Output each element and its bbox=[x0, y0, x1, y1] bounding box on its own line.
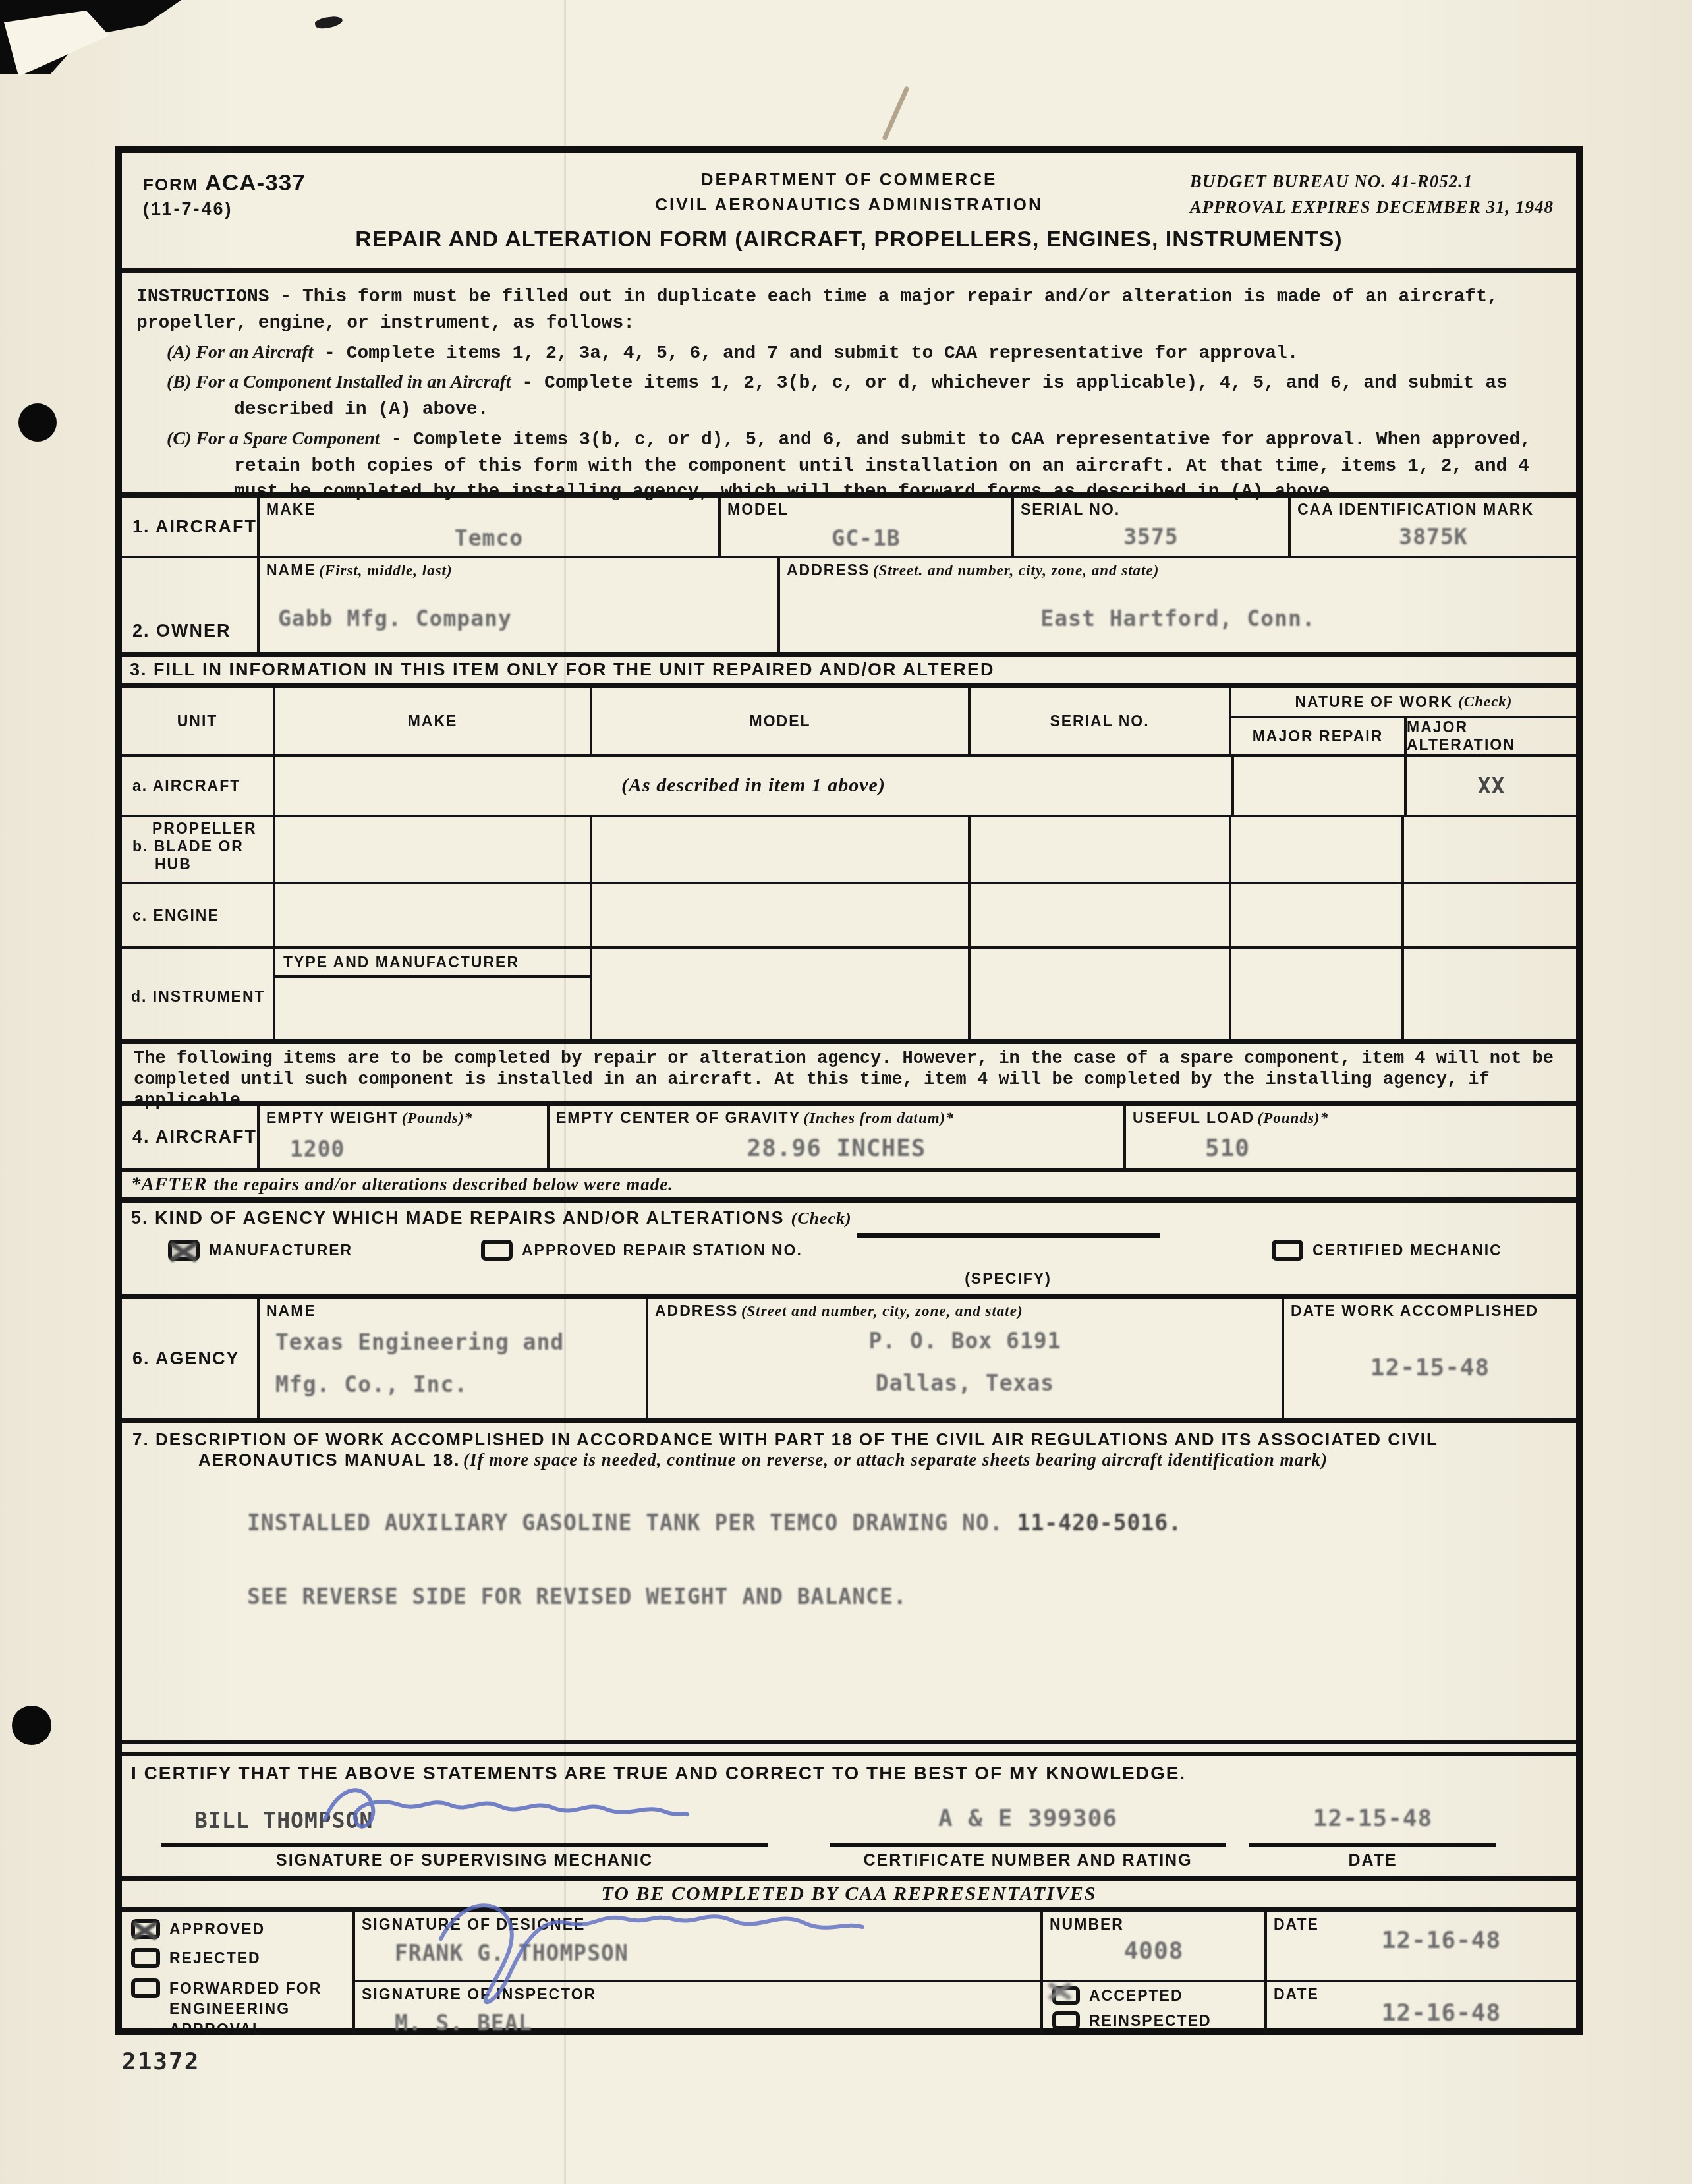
item3-header-row: UNIT MAKE MODEL SERIAL NO. NATURE OF WOR… bbox=[122, 688, 1576, 754]
caa-mark-cell: CAA IDENTIFICATION MARK 3875K bbox=[1288, 498, 1576, 556]
cg-hint: (Inches from datum)* bbox=[803, 1110, 953, 1126]
repair-station-option: APPROVED REPAIR STATION NO. bbox=[481, 1240, 803, 1261]
accepted-label: ACCEPTED bbox=[1089, 1987, 1183, 2005]
caa-right-area: SIGNATURE OF DESIGNEE FRANK G. THOMPSON … bbox=[352, 1912, 1576, 2034]
owner-address-label-text: ADDRESS bbox=[787, 561, 870, 579]
agency-name-label: NAME bbox=[266, 1302, 316, 1320]
x-mark-icon bbox=[172, 1244, 196, 1257]
punch-hole bbox=[18, 403, 57, 442]
double-rule bbox=[122, 1752, 1576, 1756]
reinspected-label: REINSPECTED bbox=[1089, 2012, 1212, 2030]
item2-owner-row: 2. OWNER NAME (First, middle, last) Gabb… bbox=[122, 556, 1576, 652]
work-description-line1: INSTALLED AUXILIARY GASOLINE TANK PER TE… bbox=[247, 1510, 1182, 1536]
agency-name-cell: NAME Texas Engineering and Mfg. Co., Inc… bbox=[257, 1299, 646, 1418]
aca-337-form: FORM ACA-337 (11-7-46) DEPARTMENT OF COM… bbox=[115, 146, 1583, 2035]
item3-row-aircraft: a. AIRCRAFT (As described in item 1 abov… bbox=[122, 754, 1576, 815]
designee-row: SIGNATURE OF DESIGNEE FRANK G. THOMPSON … bbox=[355, 1912, 1576, 1980]
certify-date-value: 12-15-48 bbox=[1249, 1805, 1496, 1832]
designee-signature-ink bbox=[434, 1887, 869, 2013]
row-b-line3: HUB bbox=[132, 855, 273, 873]
owner-address-hint: (Street. and number, city, zone, and sta… bbox=[873, 562, 1159, 579]
approved-label: APPROVED bbox=[169, 1920, 265, 1938]
inspector-date-cell: DATE 12-16-48 bbox=[1264, 1982, 1576, 2034]
page-serial-number: 21372 bbox=[122, 2048, 200, 2075]
form-title: REPAIR AND ALTERATION FORM (AIRCRAFT, PR… bbox=[122, 227, 1576, 252]
owner-name-value: Gabb Mfg. Company bbox=[278, 606, 512, 631]
punch-hole bbox=[12, 1706, 51, 1745]
item3-title: 3. FILL IN INFORMATION IN THIS ITEM ONLY… bbox=[130, 660, 995, 680]
aircraft-serial-value: 3575 bbox=[1014, 524, 1288, 550]
forwarded-option: FORWARDED FOR ENGINEERING APPROVAL bbox=[131, 1978, 352, 2040]
owner-name-label: NAME (First, middle, last) bbox=[266, 561, 453, 579]
item3-table: UNIT MAKE MODEL SERIAL NO. NATURE OF WOR… bbox=[122, 683, 1576, 1039]
work-description-line1-text: INSTALLED AUXILIARY GASOLINE TANK PER TE… bbox=[247, 1510, 1003, 1536]
rejected-label: REJECTED bbox=[169, 1949, 261, 1967]
designee-signature-cell: SIGNATURE OF DESIGNEE FRANK G. THOMPSON bbox=[355, 1912, 1040, 1980]
item1-label: 1. AIRCRAFT bbox=[132, 517, 257, 537]
item5-title-hint: (Check) bbox=[791, 1209, 852, 1228]
x-mark-icon bbox=[1051, 1984, 1071, 1995]
mechanic-signature-ink bbox=[320, 1779, 689, 1851]
useful-load-label-text: USEFUL LOAD bbox=[1133, 1109, 1255, 1126]
date-work-cell: DATE WORK ACCOMPLISHED 12-15-48 bbox=[1282, 1299, 1576, 1418]
aircraft-model-value: GC-1B bbox=[721, 525, 1011, 551]
item1-aircraft-row: 1. AIRCRAFT MAKE Temco MODEL GC-1B SERIA… bbox=[122, 492, 1576, 556]
item3-row-engine: c. ENGINE bbox=[122, 882, 1576, 946]
agency-note: The following items are to be completed … bbox=[122, 1039, 1576, 1101]
scan-smudge bbox=[882, 86, 909, 140]
cg-value: 28.96 INCHES bbox=[550, 1135, 1123, 1162]
inspector-typed-name: M. S. BEAL bbox=[395, 2010, 532, 2036]
accepted-option: ACCEPTED bbox=[1052, 1986, 1264, 2005]
scan-smudge bbox=[314, 14, 343, 30]
empty-weight-hint: (Pounds)* bbox=[402, 1110, 472, 1126]
forwarded-line1: FORWARDED FOR bbox=[169, 1978, 322, 1999]
manufacturer-option: MANUFACTURER bbox=[168, 1240, 352, 1261]
caa-decision-column: APPROVED REJECTED FORWARDED FOR ENGINEER… bbox=[122, 1912, 352, 2034]
number-value: 4008 bbox=[1043, 1938, 1264, 1965]
agency-address-hint: (Street and number, city, zone, and stat… bbox=[741, 1303, 1023, 1319]
row-a-note: (As described in item 1 above) bbox=[621, 774, 886, 797]
col-unit: UNIT bbox=[177, 712, 218, 730]
col-serial: SERIAL NO. bbox=[1050, 712, 1149, 730]
row-a-major-alteration-cell: XX bbox=[1404, 757, 1576, 815]
instruction-c-lead: (C) For a Spare Component bbox=[167, 428, 380, 449]
scanned-document-page: FORM ACA-337 (11-7-46) DEPARTMENT OF COM… bbox=[0, 0, 1692, 2184]
owner-address-label: ADDRESS (Street. and number, city, zone,… bbox=[787, 561, 1159, 579]
certification-section: I CERTIFY THAT THE ABOVE STATEMENTS ARE … bbox=[122, 1740, 1576, 1876]
nature-of-work-header: NATURE OF WORK (Check) MAJOR REPAIR MAJO… bbox=[1229, 688, 1576, 754]
useful-load-value: 510 bbox=[1205, 1135, 1250, 1162]
instruction-a-lead: (A) For an Aircraft bbox=[167, 342, 313, 362]
model-label: MODEL bbox=[727, 501, 789, 519]
useful-load-hint: (Pounds)* bbox=[1258, 1110, 1328, 1126]
agency-address-cell: ADDRESS (Street and number, city, zone, … bbox=[646, 1299, 1282, 1418]
rejected-option: REJECTED bbox=[131, 1948, 352, 1968]
budget-line2: APPROVAL EXPIRES DECEMBER 31, 1948 bbox=[1190, 194, 1554, 220]
col-nature: NATURE OF WORK bbox=[1295, 693, 1453, 711]
inspector-result-cell: ACCEPTED REINSPECTED bbox=[1040, 1982, 1264, 2034]
empty-weight-label: EMPTY WEIGHT (Pounds)* bbox=[266, 1109, 472, 1127]
reinspected-checkbox bbox=[1052, 2011, 1080, 2030]
repair-station-number-line bbox=[857, 1233, 1160, 1238]
manufacturer-checkbox bbox=[168, 1240, 200, 1261]
aircraft-make-cell: MAKE Temco bbox=[257, 498, 718, 556]
forwarded-line2: ENGINEERING bbox=[169, 1999, 322, 2019]
empty-weight-label-text: EMPTY WEIGHT bbox=[266, 1109, 399, 1126]
after-footnote-lead: *AFTER bbox=[131, 1174, 208, 1195]
certified-mechanic-label: CERTIFIED MECHANIC bbox=[1312, 1242, 1502, 1259]
certify-date-label: DATE bbox=[1249, 1851, 1496, 1870]
approved-option: APPROVED bbox=[131, 1919, 352, 1939]
agency-address-label: ADDRESS (Street and number, city, zone, … bbox=[655, 1302, 1023, 1320]
aircraft-model-cell: MODEL GC-1B bbox=[718, 498, 1011, 556]
item7-description: 7. DESCRIPTION OF WORK ACCOMPLISHED IN A… bbox=[122, 1418, 1576, 1740]
serial-label: SERIAL NO. bbox=[1021, 501, 1120, 519]
manufacturer-label: MANUFACTURER bbox=[209, 1242, 352, 1259]
owner-address-cell: ADDRESS (Street. and number, city, zone,… bbox=[777, 558, 1576, 652]
owner-name-cell: NAME (First, middle, last) Gabb Mfg. Com… bbox=[257, 558, 777, 652]
forwarded-line3: APPROVAL bbox=[169, 2019, 322, 2040]
designee-number-cell: NUMBER 4008 bbox=[1040, 1912, 1264, 1980]
drawing-number: 11-420-5016. bbox=[1017, 1510, 1182, 1536]
certificate-number-line bbox=[830, 1843, 1226, 1847]
work-description-line2: SEE REVERSE SIDE FOR REVISED WEIGHT AND … bbox=[247, 1584, 907, 1609]
caa-section: TO BE COMPLETED BY CAA REPRESENTATIVES A… bbox=[122, 1876, 1576, 2028]
empty-weight-cell: EMPTY WEIGHT (Pounds)* 1200 bbox=[257, 1106, 547, 1168]
item6-agency-row: 6. AGENCY NAME Texas Engineering and Mfg… bbox=[122, 1294, 1576, 1418]
x-mark-icon bbox=[135, 1923, 156, 1935]
row-d-sub-label: TYPE AND MANUFACTURER bbox=[283, 954, 519, 971]
aircraft-make-value: Temco bbox=[260, 525, 718, 551]
after-footnote: *AFTER the repairs and/or alterations de… bbox=[122, 1168, 1576, 1197]
aircraft-serial-cell: SERIAL NO. 3575 bbox=[1011, 498, 1288, 556]
owner-name-hint: (First, middle, last) bbox=[319, 562, 452, 579]
certify-date-line bbox=[1249, 1843, 1496, 1847]
certified-mechanic-option: CERTIFIED MECHANIC bbox=[1272, 1240, 1502, 1261]
date-work-value: 12-15-48 bbox=[1284, 1354, 1576, 1381]
row-c-label: c. ENGINE bbox=[132, 907, 219, 925]
cg-label-text: EMPTY CENTER OF GRAVITY bbox=[556, 1109, 801, 1126]
mechanic-signature-line bbox=[161, 1843, 768, 1847]
col-major-repair: MAJOR REPAIR bbox=[1253, 728, 1384, 745]
agency-address-label-text: ADDRESS bbox=[655, 1302, 738, 1319]
caa-table: APPROVED REJECTED FORWARDED FOR ENGINEER… bbox=[122, 1907, 1576, 2034]
make-label: MAKE bbox=[266, 501, 316, 519]
item3-title-bar: 3. FILL IN INFORMATION IN THIS ITEM ONLY… bbox=[122, 652, 1576, 683]
agency-name-line2: Mfg. Co., Inc. bbox=[275, 1371, 468, 1397]
item3-row-propeller: PROPELLER b. BLADE OR HUB bbox=[122, 815, 1576, 882]
row-a-major-repair-cell bbox=[1231, 757, 1404, 815]
mechanic-signature-label: SIGNATURE OF SUPERVISING MECHANIC bbox=[161, 1851, 768, 1870]
row-b-line2: b. BLADE OR bbox=[132, 838, 273, 855]
item5-title: 5. KIND OF AGENCY WHICH MADE REPAIRS AND… bbox=[131, 1208, 785, 1228]
owner-name-label-text: NAME bbox=[266, 561, 316, 579]
instruction-a: (A) For an Aircraft - Complete items 1, … bbox=[167, 341, 1562, 367]
agency-address-line2: Dallas, Texas bbox=[648, 1370, 1282, 1396]
col-model: MODEL bbox=[749, 712, 810, 730]
col-nature-hint: (Check) bbox=[1458, 693, 1512, 710]
agency-name-line1: Texas Engineering and bbox=[275, 1329, 564, 1355]
designee-date-cell: DATE 12-16-48 bbox=[1264, 1912, 1576, 1980]
certified-mechanic-checkbox bbox=[1272, 1240, 1303, 1261]
form-header: FORM ACA-337 (11-7-46) DEPARTMENT OF COM… bbox=[122, 153, 1576, 268]
accepted-checkbox bbox=[1052, 1986, 1080, 2005]
item6-label: 6. AGENCY bbox=[132, 1348, 240, 1369]
repair-station-checkbox bbox=[481, 1240, 513, 1261]
specify-label: (SPECIFY) bbox=[857, 1270, 1160, 1288]
row-b-line1: PROPELLER bbox=[132, 820, 273, 838]
certificate-number-value: A & E 399306 bbox=[830, 1805, 1226, 1832]
row-a-label: a. AIRCRAFT bbox=[132, 777, 240, 795]
item5-agency-kind: 5. KIND OF AGENCY WHICH MADE REPAIRS AND… bbox=[122, 1197, 1576, 1294]
reinspected-option: REINSPECTED bbox=[1052, 2011, 1264, 2030]
certificate-number-label: CERTIFICATE NUMBER AND RATING bbox=[830, 1851, 1226, 1870]
row-d-label: d. INSTRUMENT bbox=[131, 988, 266, 1006]
instruction-b: (B) For a Component Installed in an Airc… bbox=[167, 370, 1562, 423]
item3-row-instrument: d. INSTRUMENT TYPE AND MANUFACTURER bbox=[122, 946, 1576, 1044]
budget-line1: BUDGET BUREAU NO. 41-R052.1 bbox=[1190, 169, 1554, 194]
repair-station-label: APPROVED REPAIR STATION NO. bbox=[522, 1242, 803, 1259]
col-major-alteration: MAJOR ALTERATION bbox=[1407, 718, 1576, 754]
cg-label: EMPTY CENTER OF GRAVITY (Inches from dat… bbox=[556, 1109, 954, 1127]
approved-checkbox bbox=[131, 1919, 160, 1939]
budget-bureau-note: BUDGET BUREAU NO. 41-R052.1 APPROVAL EXP… bbox=[1190, 169, 1554, 220]
item7-heading-hint: (If more space is needed, continue on re… bbox=[463, 1450, 1328, 1470]
date-work-label: DATE WORK ACCOMPLISHED bbox=[1291, 1302, 1538, 1320]
forwarded-checkbox bbox=[131, 1978, 160, 1998]
inspector-date-value: 12-16-48 bbox=[1307, 1999, 1576, 2026]
instruction-a-text: - Complete items 1, 2, 3a, 4, 5, 6, and … bbox=[324, 343, 1299, 364]
useful-load-cell: USEFUL LOAD (Pounds)* 510 bbox=[1123, 1106, 1576, 1168]
row-a-alteration-mark: XX bbox=[1478, 773, 1506, 799]
after-footnote-text: the repairs and/or alterations described… bbox=[214, 1174, 674, 1195]
instructions-section: INSTRUCTIONS - This form must be filled … bbox=[122, 268, 1576, 492]
cg-cell: EMPTY CENTER OF GRAVITY (Inches from dat… bbox=[547, 1106, 1123, 1168]
owner-address-value: East Hartford, Conn. bbox=[780, 606, 1576, 631]
caa-mark-label: CAA IDENTIFICATION MARK bbox=[1297, 501, 1534, 519]
instruction-b-lead: (B) For a Component Installed in an Airc… bbox=[167, 372, 511, 392]
designee-date-value: 12-16-48 bbox=[1307, 1927, 1576, 1954]
agency-address-line1: P. O. Box 6191 bbox=[648, 1328, 1282, 1354]
item4-label: 4. AIRCRAFT bbox=[132, 1127, 257, 1147]
number-label: NUMBER bbox=[1050, 1916, 1124, 1934]
caa-mark-value: 3875K bbox=[1291, 524, 1576, 550]
instructions-intro: INSTRUCTIONS - This form must be filled … bbox=[136, 284, 1562, 337]
item2-label: 2. OWNER bbox=[132, 621, 231, 641]
col-make: MAKE bbox=[408, 712, 458, 730]
item4-aircraft-row: 4. AIRCRAFT EMPTY WEIGHT (Pounds)* 1200 … bbox=[122, 1101, 1576, 1168]
empty-weight-value: 1200 bbox=[290, 1136, 345, 1162]
instruction-c-text: - Complete items 3(b, c, or d), 5, and 6… bbox=[234, 430, 1531, 503]
rejected-checkbox bbox=[131, 1948, 160, 1968]
useful-load-label: USEFUL LOAD (Pounds)* bbox=[1133, 1109, 1328, 1127]
